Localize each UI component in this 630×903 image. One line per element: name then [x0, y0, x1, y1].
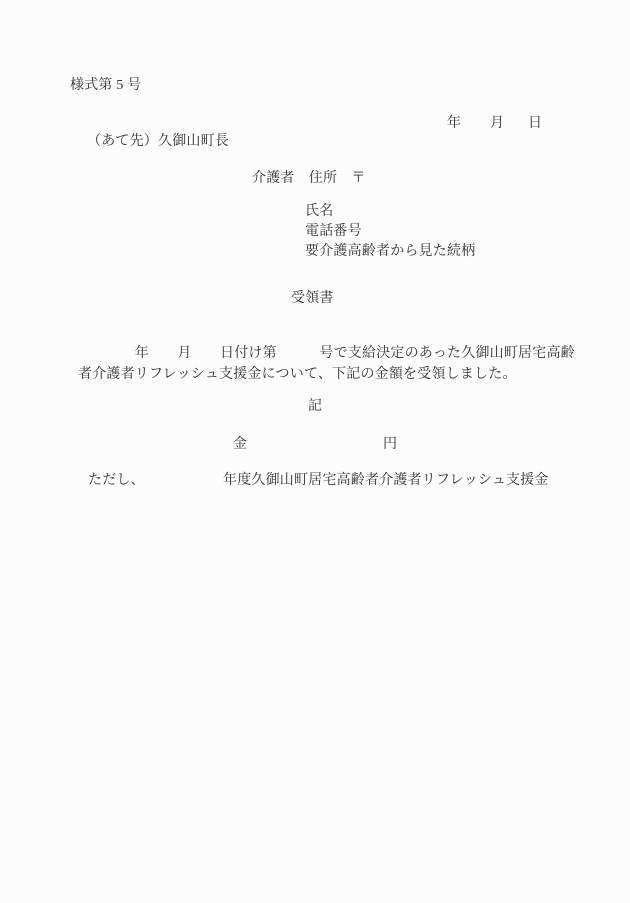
date-year-label: 年 [447, 117, 461, 131]
date-month-label: 月 [490, 117, 504, 131]
caregiver-phone-label: 電話番号 [305, 225, 362, 239]
addressee: （あて先）久御山町長 [87, 135, 229, 149]
caregiver-address-line: 介護者 住所 〒 [252, 172, 366, 186]
document-page: 様式第 5 号 年 月 日 （あて先）久御山町長 介護者 住所 〒 氏名 電話番… [0, 0, 630, 903]
receipt-title: 受領書 [291, 292, 334, 306]
body-line-1: 年 月 日付け第 号で支給決定のあった久御山町居宅高齢 [78, 347, 575, 361]
body-line-2: 者介護者リフレッシュ支援金について、下記の金額を受領しました。 [78, 368, 517, 382]
caregiver-name-label: 氏名 [305, 205, 333, 219]
date-day-label: 日 [528, 117, 542, 131]
amount-prefix-label: 金 [233, 438, 247, 452]
ki-heading: 記 [308, 400, 322, 414]
form-number: 様式第 5 号 [70, 79, 141, 93]
proviso-line: ただし、 年度久御山町居宅高齢者介護者リフレッシュ支援金 [88, 474, 549, 488]
caregiver-relation-label: 要介護高齢者から見た続柄 [305, 245, 475, 259]
amount-suffix-label: 円 [383, 438, 397, 452]
